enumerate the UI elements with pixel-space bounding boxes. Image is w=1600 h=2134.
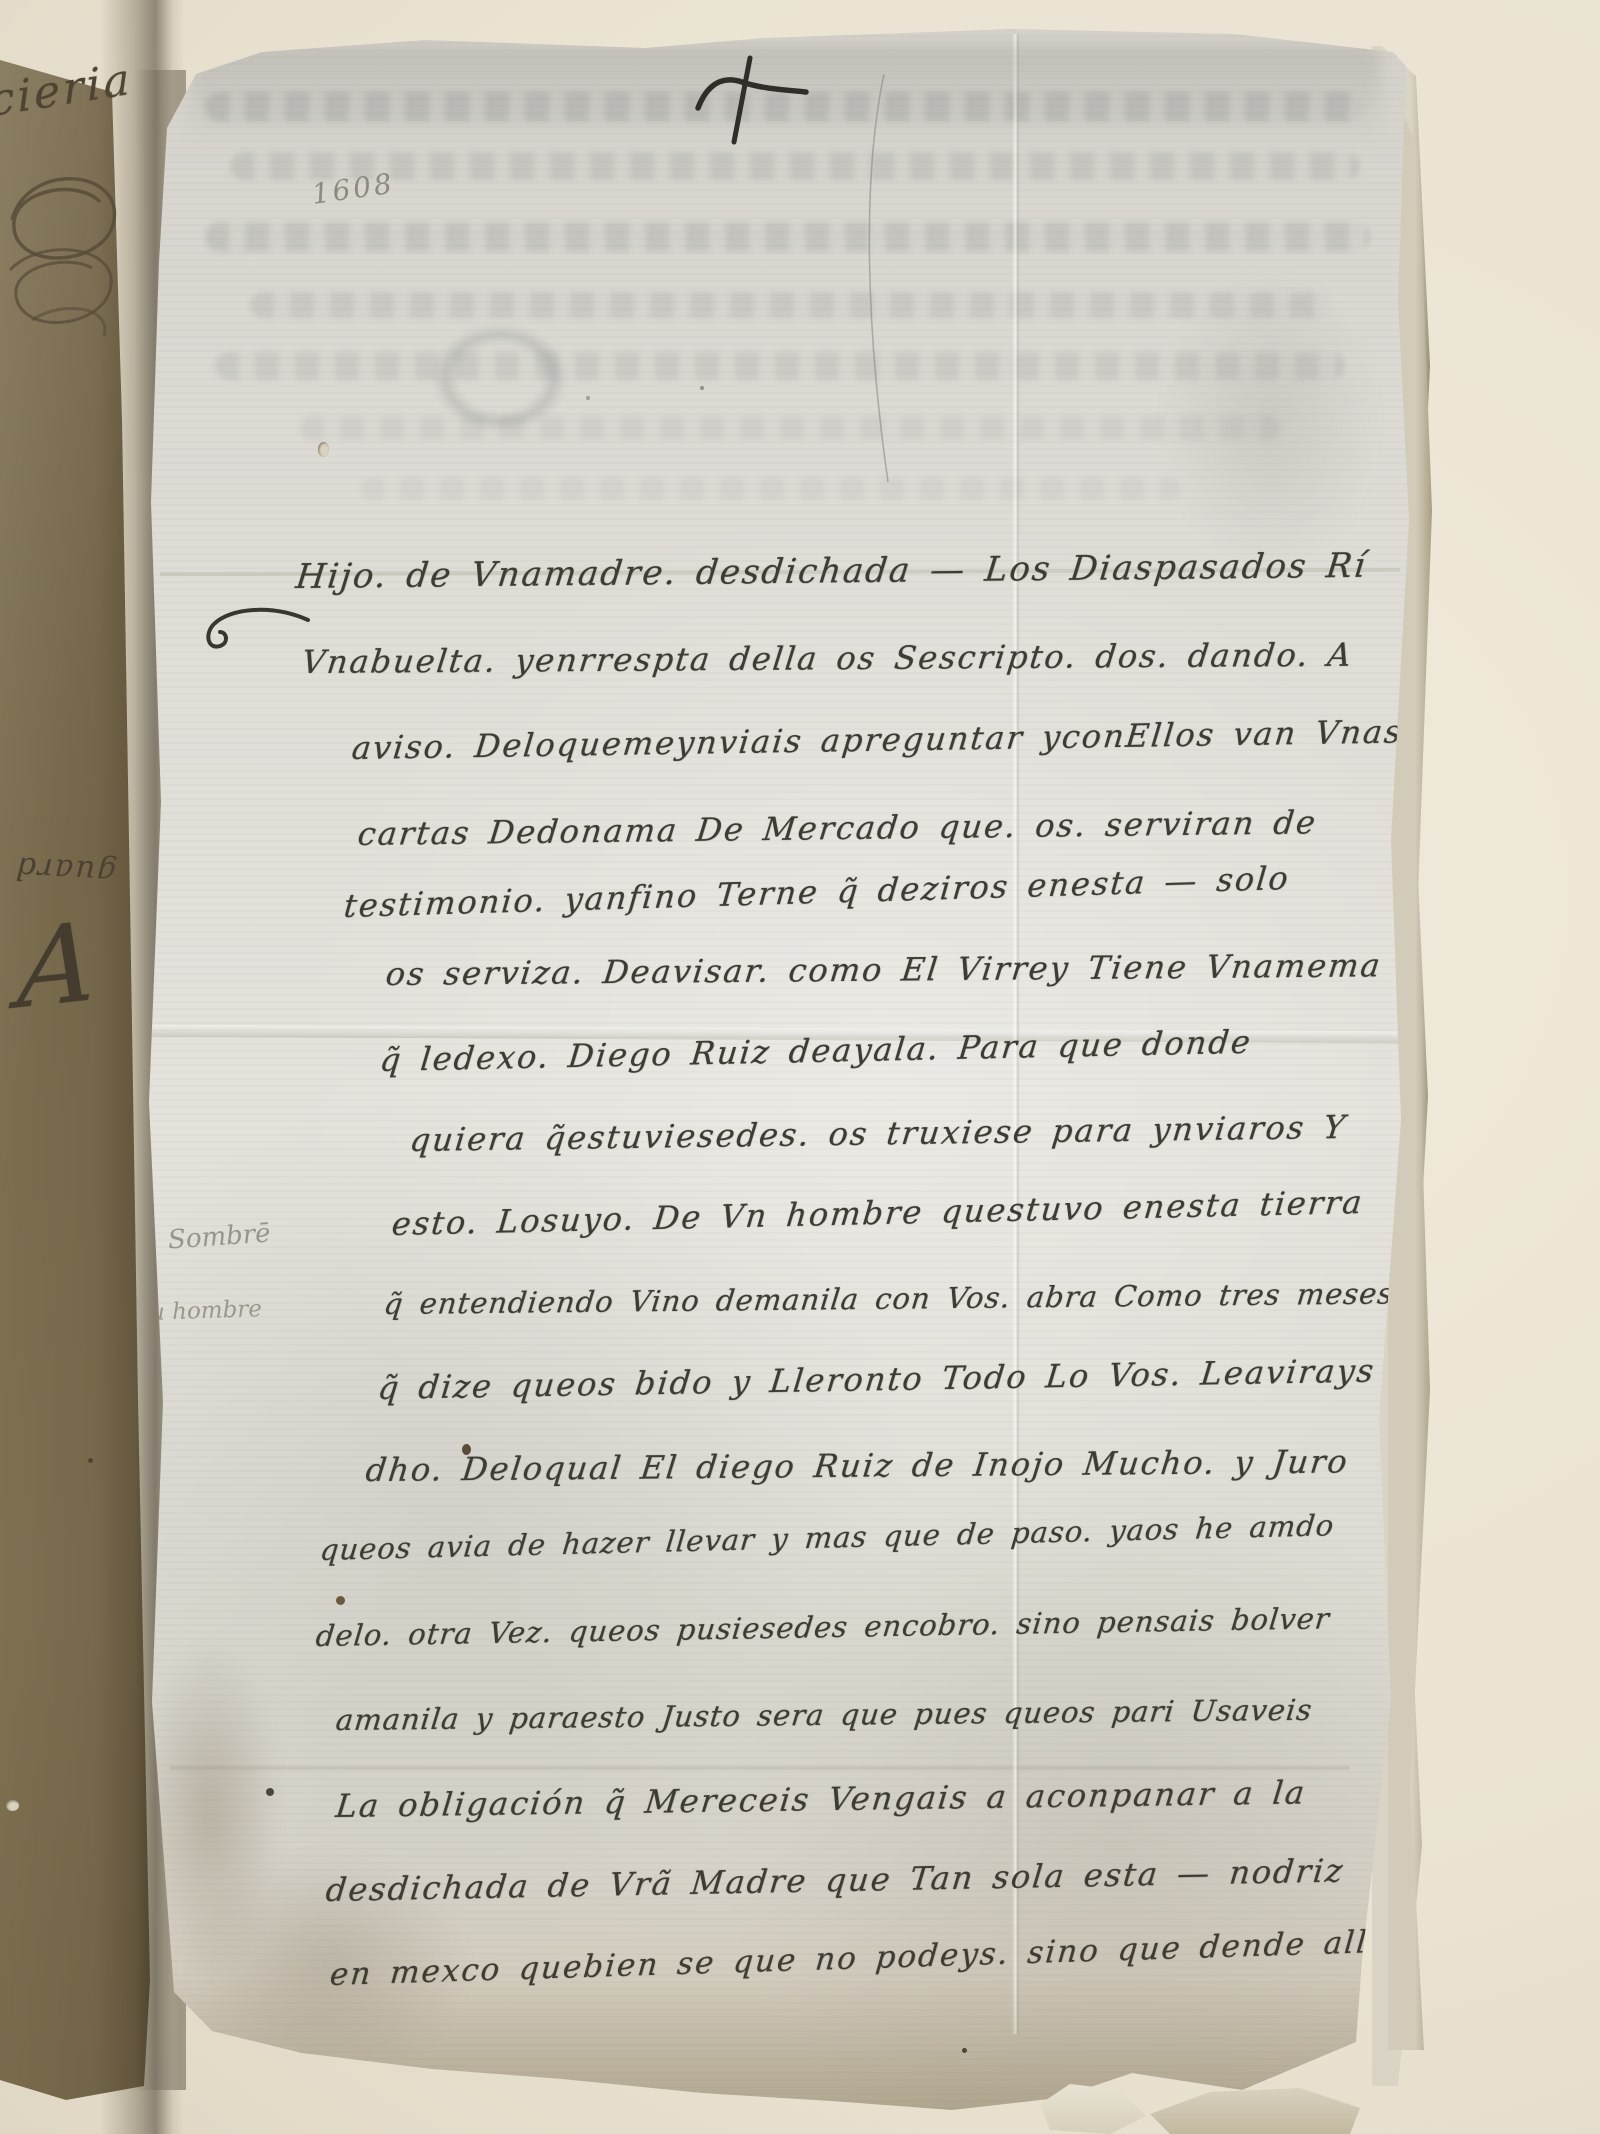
stain [1160,270,1380,570]
ink-speck [700,386,704,390]
bleed-through-band [360,478,1180,500]
paraph-flourish-icon [200,596,315,660]
bleed-through-band [205,222,1370,252]
wormhole [336,1596,345,1605]
bleed-through-band [250,292,1330,318]
wormhole [318,442,329,457]
manuscript-line: testimonio. yanfino Terne q̃ deziros ene… [343,862,1292,922]
bleed-through-ring [425,318,575,438]
manuscript-line: os serviza. Deavisar. como El Virrey Tie… [384,949,1383,990]
manuscript-line: Vnabuelta. yenrrespta della os Sescripto… [300,639,1355,678]
manuscript-line: La obligación q̃ Mereceis Vengais a acon… [334,1776,1308,1822]
manuscript-line: queos avia de hazer llevar y mas que de … [319,1511,1336,1565]
manuscript-line: q̃ entendiendo Vino demanila con Vos. ab… [382,1279,1395,1319]
margin-note-line1: Sombrē [167,1218,271,1255]
bleed-through-band [230,152,1360,180]
manuscript-line: desdichada de Vrã Madre que Tan sola est… [324,1854,1346,1906]
ink-speck [88,1458,93,1463]
manuscript-page: 1608 Sombrē u hombre Hijo. de Vnamadre. … [0,0,1600,2134]
manuscript-line: dho. Deloqual El diego Ruiz de Inojo Muc… [364,1445,1350,1486]
ink-speck [962,2048,967,2053]
wormhole [462,1444,471,1455]
margin-note-line2: u hombre [150,1296,263,1326]
manuscript-line: Hijo. de Vnamadre. desdichada — Los Dias… [294,549,1369,594]
manuscript-line: aviso. Deloquemeynviais apreguntar yconE… [350,715,1404,764]
wormhole [266,1788,274,1796]
bottom-paper-edge [1150,2088,1360,2134]
cross-mark-icon [688,52,818,148]
manuscript-line: cartas Dedonama De Mercado que. os. serv… [356,806,1319,850]
left-page-initial: A [16,899,98,1033]
ink-speck [586,396,590,400]
fold-crease [170,1766,1350,1770]
manuscript-line: amanila y paraesto Justo sera que pues q… [334,1696,1314,1735]
manuscript-line: q̃ dize queos bido y Lleronto Todo Lo Vo… [376,1355,1377,1404]
manuscript-line: esto. Losuyo. De Vn hombre questuvo enes… [390,1186,1365,1240]
manuscript-line: delo. otra Vez. queos pusiesedes encobro… [314,1604,1331,1651]
photo-background: cieria guard A [0,0,1600,2134]
wormhole [6,1800,19,1811]
manuscript-line: quiera q̃estuviesedes. os truxiese para … [408,1111,1348,1156]
